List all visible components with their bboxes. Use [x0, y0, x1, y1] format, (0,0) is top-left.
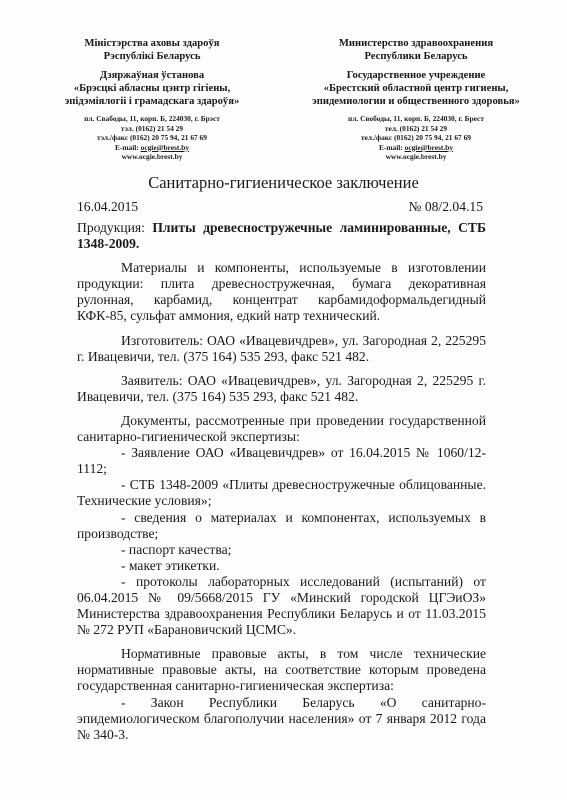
address: пл. Свободы, 11, корп. Б, 224030, г. Бре…	[297, 114, 535, 124]
contacts: пл. Свободы, 11, корп. Б, 224030, г. Бре…	[297, 114, 535, 162]
document-item: - СТБ 1348-2009 «Плиты древесностружечны…	[77, 477, 486, 509]
contacts: пл. Свабоды, 11, корп. Б, 224030, г. Брэ…	[40, 114, 264, 162]
phone-fax: тэл./факс (0162) 20 75 94, 21 67 69	[40, 133, 264, 143]
email-label: E-mail:	[115, 143, 141, 152]
ministry-line2: Республики Беларусь	[297, 50, 535, 63]
product-label: Продукция:	[77, 220, 152, 235]
document-date: 16.04.2015	[77, 199, 138, 215]
institution-line3: эпидемиологии и общественного здоровья»	[297, 95, 535, 108]
ministry-line1: Міністэрства аховы здароўя	[40, 37, 264, 50]
document-number: № 08/2.04.15	[408, 199, 483, 215]
document-item: - макет этикетки.	[77, 558, 486, 574]
ministry-line1: Министерство здравоохранения	[297, 37, 535, 50]
letterhead-russian: Министерство здравоохранения Республики …	[297, 37, 535, 162]
acts-intro: Нормативные правовые акты, в том числе т…	[77, 646, 486, 694]
document-item: - Заявление ОАО «Ивацевичдрев» от 16.04.…	[77, 445, 486, 477]
document-item: - паспорт качества;	[77, 542, 486, 558]
email-line: E-mail: ocgie@brest.by	[40, 143, 264, 153]
document-body: Продукция: Плиты древесностружечные лами…	[77, 220, 486, 743]
act-item: - Закон Республики Беларусь «О санитарно…	[77, 695, 486, 743]
email-label: E-mail:	[379, 143, 405, 152]
document-item: - сведения о материалах и компонентах, и…	[77, 510, 486, 542]
letterhead-belarusian: Міністэрства аховы здароўя Рэспублікі Бе…	[40, 37, 264, 162]
phone: тэл. (0162) 21 54 29	[40, 124, 264, 134]
email-link[interactable]: ocgie@brest.by	[405, 143, 453, 152]
institution-line2: «Брестский областной центр гигиены,	[297, 82, 535, 95]
website: www.ocgie.brest.by	[40, 152, 264, 162]
website: www.ocgie.brest.by	[297, 152, 535, 162]
product-line: Продукция: Плиты древесностружечные лами…	[77, 220, 486, 252]
address: пл. Свабоды, 11, корп. Б, 224030, г. Брэ…	[40, 114, 264, 124]
materials-paragraph: Материалы и компоненты, используемые в и…	[77, 260, 486, 324]
phone: тел. (0162) 21 54 29	[297, 124, 535, 134]
institution-line1: Государственное учреждение	[297, 69, 535, 82]
email-line: E-mail: ocgie@brest.by	[297, 143, 535, 153]
institution-line1: Дзяржаўная ўстанова	[40, 69, 264, 82]
email-link[interactable]: ocgie@brest.by	[141, 143, 189, 152]
manufacturer-paragraph: Изготовитель: ОАО «Ивацевичдрев», ул. За…	[77, 333, 486, 365]
institution-line2: «Брэсцкі абласны цэнтр гігіены,	[40, 82, 264, 95]
applicant-paragraph: Заявитель: ОАО «Ивацевичдрев», ул. Загор…	[77, 373, 486, 405]
document-title: Санитарно-гигиеническое заключение	[0, 173, 567, 193]
document-item: - протоколы лабораторных исследований (и…	[77, 574, 486, 638]
documents-intro: Документы, рассмотренные при проведении …	[77, 413, 486, 445]
institution-line3: эпідэміялогіі і грамадскага здароўя»	[40, 95, 264, 108]
ministry-line2: Рэспублікі Беларусь	[40, 50, 264, 63]
phone-fax: тел./факс (0162) 20 75 94, 21 67 69	[297, 133, 535, 143]
